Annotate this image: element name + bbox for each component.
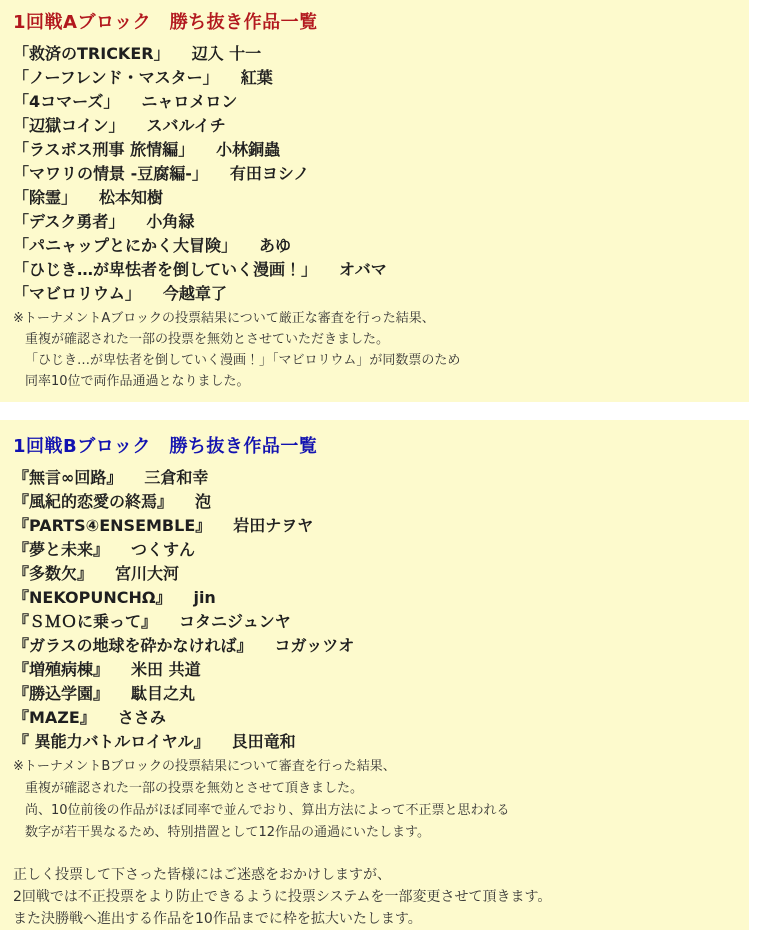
work-title: 「デスク勇者」: [13, 212, 124, 231]
list-item: 『PARTS④ENSEMBLE』岩田ナヲヤ: [13, 514, 739, 538]
work-author: 駄目之丸: [131, 684, 195, 703]
list-item: 『 異能力バトルロイヤル』艮田竜和: [13, 730, 739, 754]
list-item: 「マビロリウム」今越章了: [13, 282, 739, 306]
list-item: 「ラスボス刑事 旅情編」小林銅蟲: [13, 138, 739, 162]
list-item: 『MAZE』ささみ: [13, 706, 739, 730]
work-title: 『NEKOPUNCHΩ』: [13, 588, 171, 607]
work-author: 岩田ナヲヤ: [233, 516, 313, 535]
work-author: 艮田竜和: [232, 732, 296, 751]
work-title: 「救済のTRICKER」: [13, 44, 170, 63]
footer-line: 2回戦では不正投票をより防止できるように投票システムを一部変更させて頂きます。: [13, 886, 739, 908]
work-title: 「辺獄コイン」: [13, 116, 125, 135]
list-item: 『勝込学園』駄目之丸: [13, 682, 739, 706]
footer-line: また決勝戦へ進出する作品を10作品までに枠を拡大いたします。: [13, 908, 739, 930]
note-line: 数字が若干異なるため、特別措置として12作品の通過にいたします。: [13, 822, 739, 844]
work-author: 松本知樹: [99, 188, 163, 207]
footer-line: 正しく投票して下さった皆様にはご迷惑をおかけしますが、: [13, 864, 739, 886]
page: 1回戦Aブロック 勝ち抜き作品一覧 「救済のTRICKER」辺入 十一「ノーフレ…: [0, 0, 757, 930]
work-title: 「ひじき…が卑怯者を倒していく漫画！」: [13, 260, 317, 279]
note-line: 重複が確認された一部の投票を無効とさせていただきました。: [13, 329, 739, 350]
block-b-notes: ※トーナメントBブロックの投票結果について審査を行った結果、重複が確認された一部…: [13, 756, 739, 844]
list-item: 「ひじき…が卑怯者を倒していく漫画！」オバマ: [13, 258, 739, 282]
block-a-panel: 1回戦Aブロック 勝ち抜き作品一覧 「救済のTRICKER」辺入 十一「ノーフレ…: [0, 0, 749, 402]
note-line: 重複が確認された一部の投票を無効とさせて頂きました。: [13, 778, 739, 800]
note-line: 「ひじき…が卑怯者を倒していく漫画！」「マビロリウム」が同数票のため: [13, 350, 739, 371]
note-line: 尚、10位前後の作品がほぼ同率で並んでおり、算出方法によって不正票と思われる: [13, 800, 739, 822]
footer-notes: 正しく投票して下さった皆様にはご迷惑をおかけしますが、2回戦では不正投票をより防…: [13, 864, 739, 930]
note-line: ※トーナメントAブロックの投票結果について厳正な審査を行った結果、: [13, 308, 739, 329]
work-author: あゆ: [259, 236, 291, 255]
work-author: オバマ: [339, 260, 387, 279]
work-title: 「パニャップとにかく大冒険」: [13, 236, 237, 255]
list-item: 『ガラスの地球を砕かなければ』コガッツオ: [13, 634, 739, 658]
list-item: 「デスク勇者」小角緑: [13, 210, 739, 234]
list-item: 『無言∞回路』三倉和幸: [13, 466, 739, 490]
work-author: 今越章了: [163, 284, 227, 303]
work-author: 米田 共道: [131, 660, 201, 679]
note-line: ※トーナメントBブロックの投票結果について審査を行った結果、: [13, 756, 739, 778]
work-author: ニャロメロン: [141, 92, 237, 111]
work-author: 小林銅蟲: [216, 140, 280, 159]
list-item: 『NEKOPUNCHΩ』jin: [13, 586, 739, 610]
work-title: 「ラスボス刑事 旅情編」: [13, 140, 194, 159]
work-author: 紅葉: [241, 68, 273, 87]
work-author: ささみ: [118, 708, 166, 727]
work-title: 『多数欠』: [13, 564, 93, 583]
list-item: 「4コマーズ」ニャロメロン: [13, 90, 739, 114]
work-title: 『ＳＭＯに乗って』: [13, 612, 157, 631]
work-author: 宮川大河: [115, 564, 179, 583]
work-title: 「除霊」: [13, 188, 77, 207]
work-title: 『夢と未来』: [13, 540, 109, 559]
work-author: コタニジュンヤ: [179, 612, 291, 631]
list-item: 「パニャップとにかく大冒険」あゆ: [13, 234, 739, 258]
work-title: 「マビロリウム」: [13, 284, 141, 303]
work-title: 『無言∞回路』: [13, 468, 122, 487]
block-b-panel: 1回戦Bブロック 勝ち抜き作品一覧 『無言∞回路』三倉和幸『風紀的恋愛の終焉』泡…: [0, 420, 749, 930]
list-item: 『夢と未来』つくすん: [13, 538, 739, 562]
work-author: 小角緑: [146, 212, 194, 231]
work-author: 有田ヨシノ: [230, 164, 309, 183]
list-item: 『風紀的恋愛の終焉』泡: [13, 490, 739, 514]
work-title: 『増殖病棟』: [13, 660, 109, 679]
work-author: コガッツオ: [275, 636, 355, 655]
list-item: 『ＳＭＯに乗って』コタニジュンヤ: [13, 610, 739, 634]
work-title: 『ガラスの地球を砕かなければ』: [13, 636, 253, 655]
work-author: 三倉和幸: [144, 468, 208, 487]
work-title: 「ノーフレンド・マスター」: [13, 68, 219, 87]
list-item: 『増殖病棟』米田 共道: [13, 658, 739, 682]
list-item: 『多数欠』宮川大河: [13, 562, 739, 586]
work-title: 『風紀的恋愛の終焉』: [13, 492, 173, 511]
block-a-works-list: 「救済のTRICKER」辺入 十一「ノーフレンド・マスター」紅葉「4コマーズ」ニ…: [13, 42, 739, 306]
work-title: 「4コマーズ」: [13, 92, 119, 111]
list-item: 「辺獄コイン」スバルイチ: [13, 114, 739, 138]
work-author: 泡: [195, 492, 211, 511]
block-a-notes: ※トーナメントAブロックの投票結果について厳正な審査を行った結果、重複が確認され…: [13, 308, 739, 392]
note-line: 同率10位で両作品通過となりました。: [13, 371, 739, 392]
work-title: 「マワリの情景 -豆腐編-」: [13, 164, 208, 183]
block-a-heading: 1回戦Aブロック 勝ち抜き作品一覧: [13, 10, 739, 36]
list-item: 「除霊」松本知樹: [13, 186, 739, 210]
block-b-works-list: 『無言∞回路』三倉和幸『風紀的恋愛の終焉』泡『PARTS④ENSEMBLE』岩田…: [13, 466, 739, 754]
block-b-heading: 1回戦Bブロック 勝ち抜き作品一覧: [13, 434, 739, 460]
list-item: 「救済のTRICKER」辺入 十一: [13, 42, 739, 66]
work-author: スバルイチ: [147, 116, 226, 135]
list-item: 「マワリの情景 -豆腐編-」有田ヨシノ: [13, 162, 739, 186]
work-title: 『 異能力バトルロイヤル』: [13, 732, 210, 751]
work-title: 『勝込学園』: [13, 684, 109, 703]
work-author: jin: [193, 588, 215, 607]
work-title: 『PARTS④ENSEMBLE』: [13, 516, 211, 535]
work-title: 『MAZE』: [13, 708, 96, 727]
work-author: 辺入 十一: [192, 44, 262, 63]
list-item: 「ノーフレンド・マスター」紅葉: [13, 66, 739, 90]
work-author: つくすん: [131, 540, 195, 559]
